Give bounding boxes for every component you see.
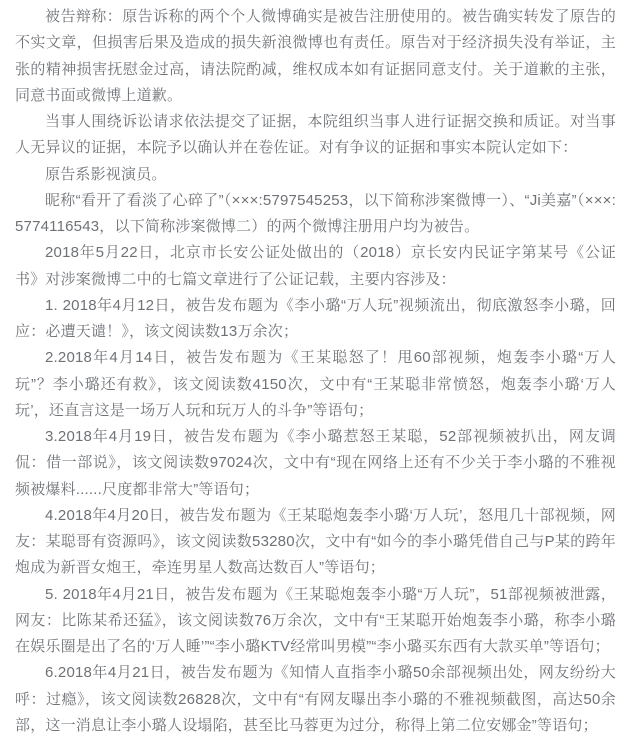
- paragraph-item-4: 4.2018年4月20日，被告发布题为《王某聪炮轰李小璐‘万人玩’，怒甩几十部视…: [15, 503, 616, 582]
- paragraph-item-5: 5. 2018年4月21日，被告发布题为《王某聪炮轰李小璐“万人玩”，51部视频…: [15, 582, 616, 661]
- paragraph-weibo-accounts: 昵称“看开了看淡了心碎了”（×××:5797545253，以下简称涉案微博一）、…: [15, 188, 616, 241]
- document-page: 被告辩称：原告诉称的两个个人微博确实是被告注册使用的。被告确实转发了原告的不实文…: [0, 0, 630, 735]
- paragraph-notarization: 2018年5月22日，北京市长安公证处做出的（2018）京长安内民证字第某号《公…: [15, 240, 616, 293]
- paragraph-plaintiff-identity: 原告系影视演员。: [15, 162, 616, 188]
- paragraph-item-6: 6.2018年4月21日，被告发布题为《知情人直指李小璐50余部视频出处，网友纷…: [15, 660, 616, 735]
- paragraph-item-1: 1. 2018年4月12日，被告发布题为《李小璐“万人玩”视频流出，彻底激怒李小…: [15, 293, 616, 346]
- paragraph-defendant-argument: 被告辩称：原告诉称的两个个人微博确实是被告注册使用的。被告确实转发了原告的不实文…: [15, 4, 616, 109]
- paragraph-item-3: 3.2018年4月19日，被告发布题为《李小璐惹怒王某聪，52部视频被扒出，网友…: [15, 424, 616, 503]
- document-body: 被告辩称：原告诉称的两个个人微博确实是被告注册使用的。被告确实转发了原告的不实文…: [15, 4, 616, 735]
- paragraph-evidence-exchange: 当事人围绕诉讼请求依法提交了证据，本院组织当事人进行证据交换和质证。对当事人无异…: [15, 109, 616, 162]
- paragraph-item-2: 2.2018年4月14日，被告发布题为《王某聪怒了！甩60部视频，炮轰李小璐“万…: [15, 345, 616, 424]
